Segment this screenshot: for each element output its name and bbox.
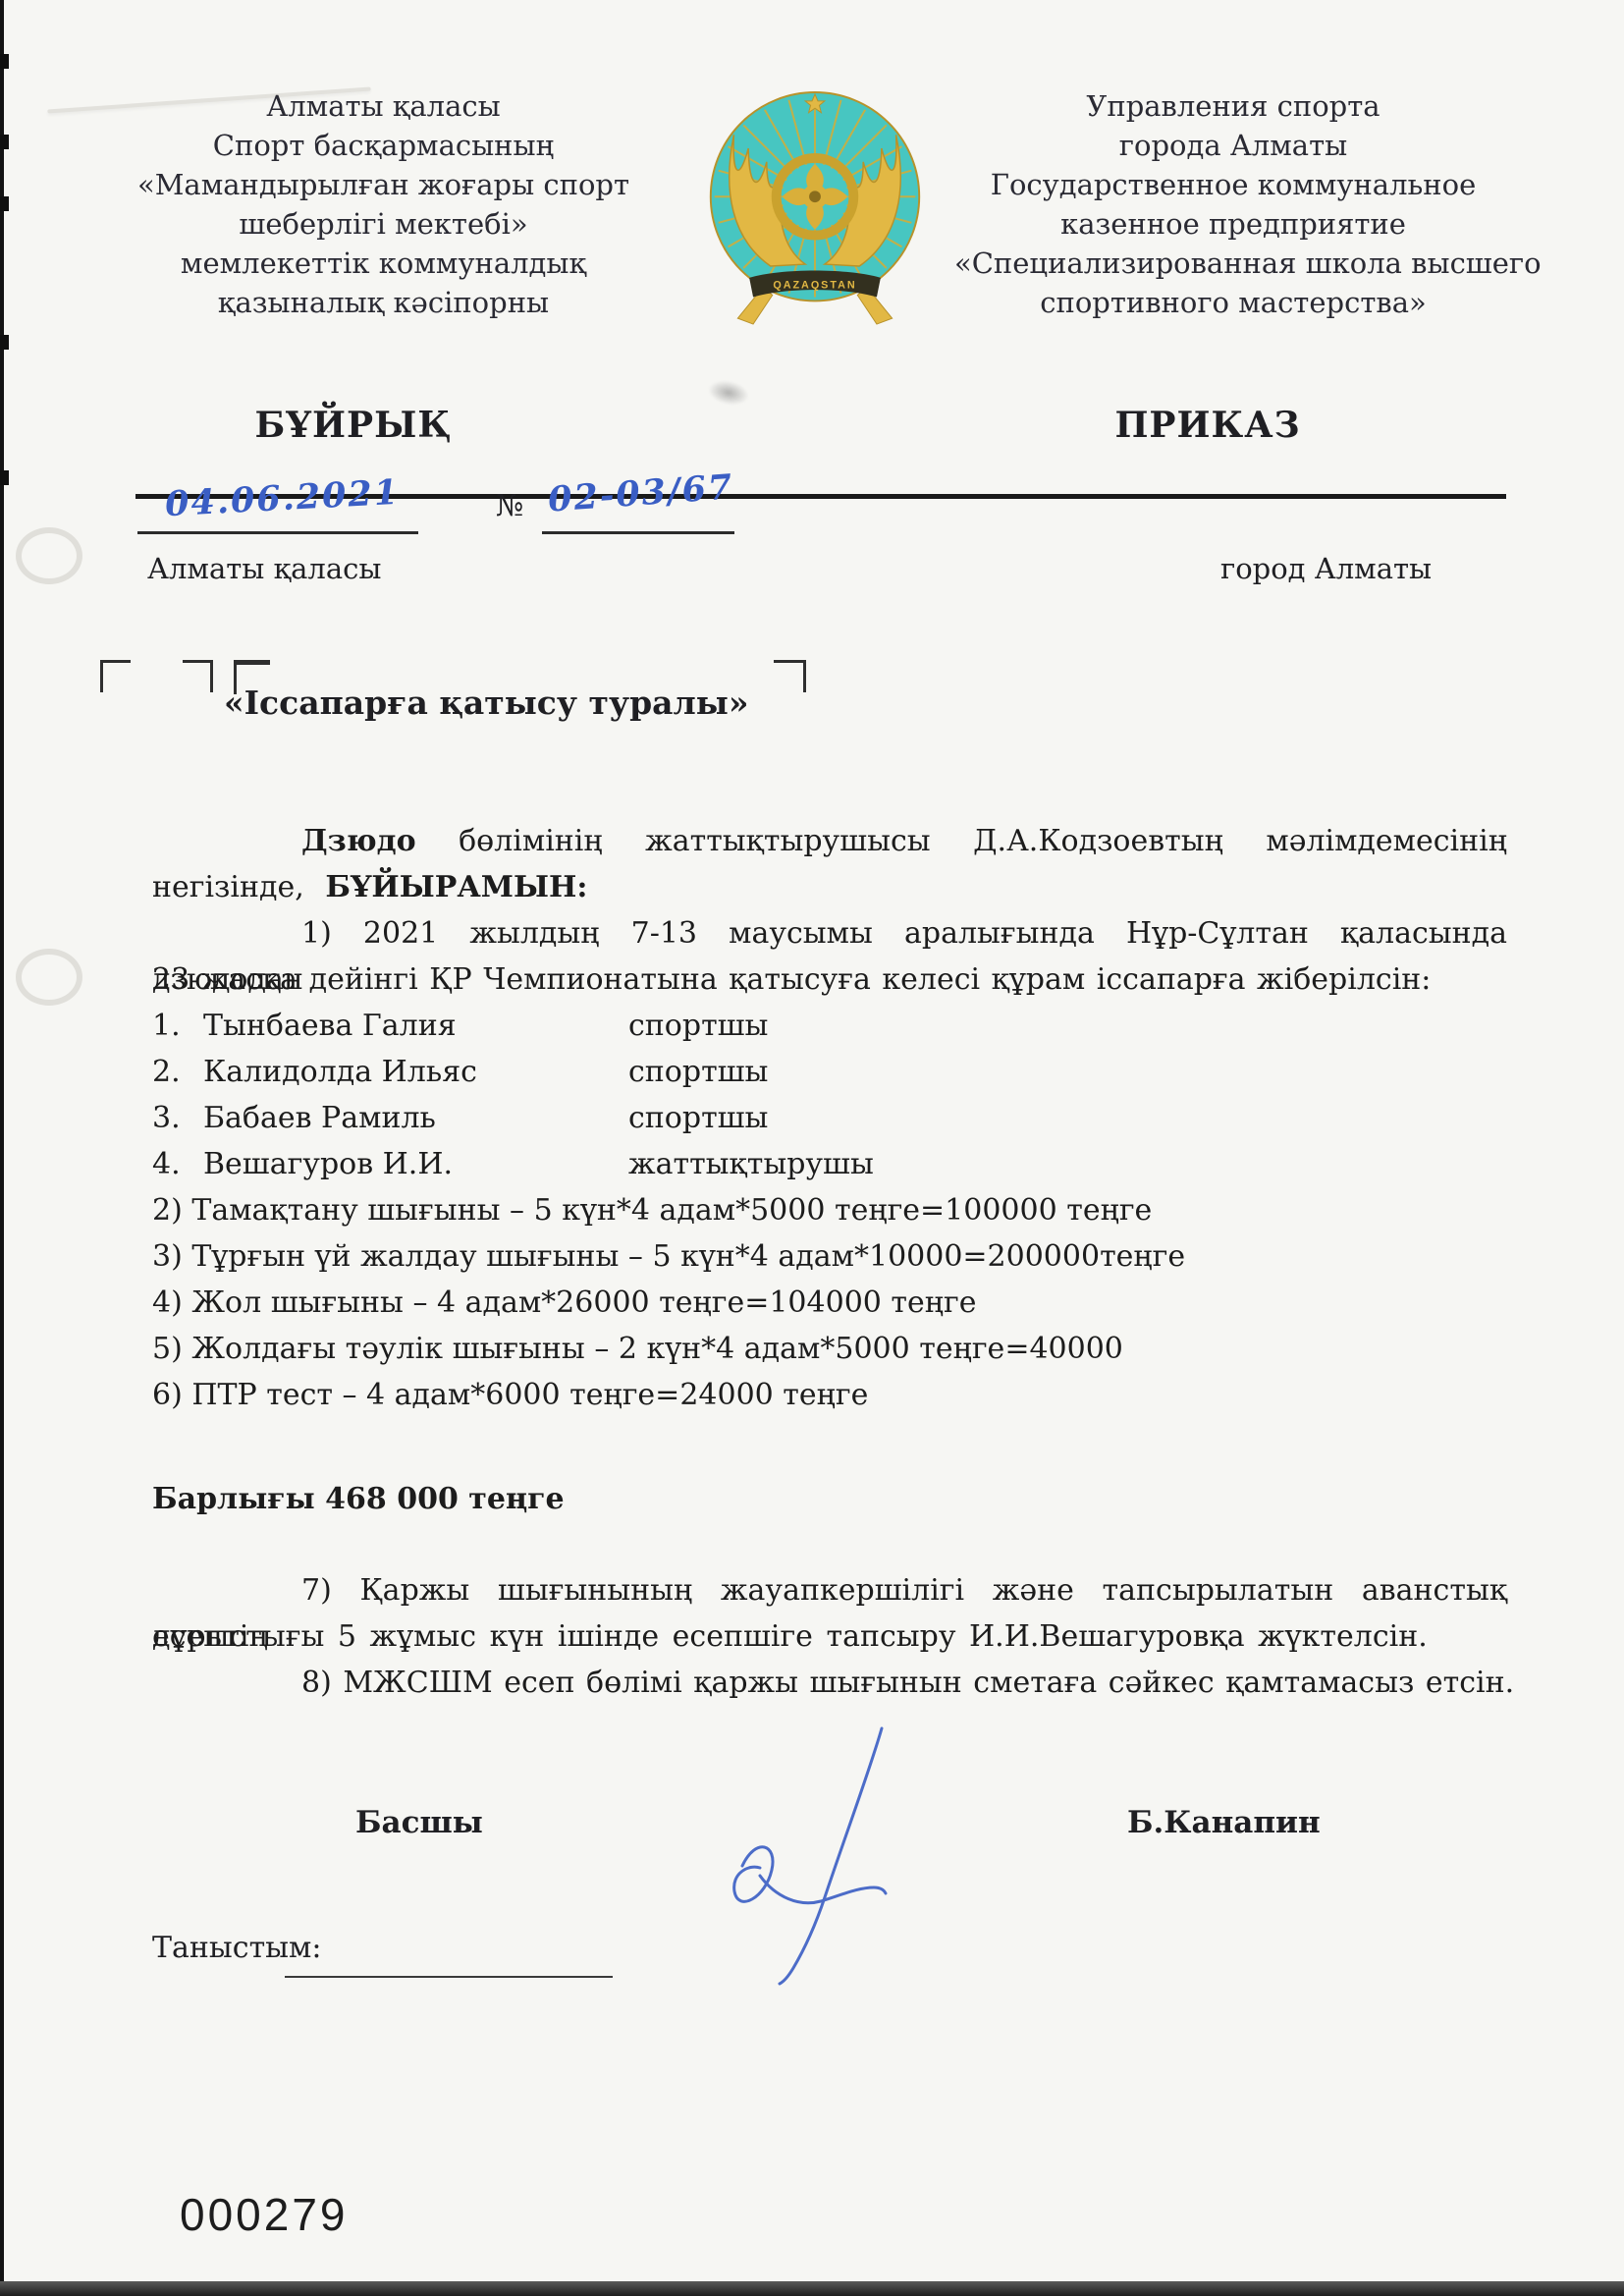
scan-edge-mark <box>0 54 9 69</box>
punch-hole-shadow <box>16 527 82 584</box>
sheet-number: 000279 <box>180 2188 349 2241</box>
intro-word: жаттықтырушысы <box>645 818 931 864</box>
document-title: «Іссапарға қатысу туралы» <box>224 683 749 722</box>
expense-line: 5) Жолдағы тәулік шығыны – 2 күн*4 адам*… <box>152 1326 1507 1372</box>
org-line: мемлекеттік коммуналдық <box>116 244 651 283</box>
roster-name: Вешагуров И.И. <box>203 1141 628 1187</box>
corner-mark <box>183 660 213 692</box>
org-line: Управления спорта <box>954 86 1512 126</box>
scan-bottom-edge <box>0 2281 1624 2296</box>
handwritten-order-number: 02-03/67 <box>547 466 735 519</box>
roster-role: спортшы <box>628 1049 768 1095</box>
order-keyword: БҰЙЫРАМЫН: <box>325 870 587 904</box>
roster-role: спортшы <box>628 1095 768 1141</box>
document-body: Дзюдо бөлімінің жаттықтырушысы Д.А.Кодзо… <box>152 818 1507 1706</box>
org-line: шеберлігі мектебі» <box>116 204 651 244</box>
punch-hole-shadow <box>16 949 82 1006</box>
intro-prefix: негізінде, <box>152 870 304 904</box>
doc-type-kazakh: БҰЙРЫҚ <box>241 405 466 446</box>
roster-row: 2. Калидолда Ильяс спортшы <box>152 1049 1507 1095</box>
expense-line: 3) Тұрғын үй жалдау шығыны – 5 күн*4 ада… <box>152 1233 1507 1280</box>
number-underline <box>542 531 734 534</box>
paragraph-8: 8) МЖСШМ есеп бөлімі қаржы шығынын смета… <box>152 1660 1507 1706</box>
org-line: Государственное коммунальное <box>954 165 1512 204</box>
roster-name: Тынбаева Галия <box>203 1003 628 1049</box>
roster-row: 3. Бабаев Рамиль спортшы <box>152 1095 1507 1141</box>
roster-number: 2. <box>152 1049 203 1095</box>
org-line: «Специализированная школа высшего <box>954 244 1512 283</box>
total-line: Барлығы 468 000 теңге <box>152 1476 1507 1522</box>
intro-word-bold: Дзюдо <box>301 818 416 864</box>
signer-position-label: Басшы <box>355 1805 483 1840</box>
org-line: «Мамандырылған жоғары спорт <box>116 165 651 204</box>
roster-number: 1. <box>152 1003 203 1049</box>
date-underline <box>137 531 418 534</box>
expense-line: 6) ПТР тест – 4 адам*6000 теңге=24000 те… <box>152 1372 1507 1418</box>
org-name-russian: Управления спорта города Алматы Государс… <box>954 86 1512 322</box>
org-line: Алматы қаласы <box>116 86 651 126</box>
signer-name: Б.Канапин <box>1127 1805 1321 1840</box>
spacer <box>152 1522 1507 1567</box>
place-kazakh: Алматы қаласы <box>147 552 381 585</box>
number-sign: № <box>496 489 523 523</box>
scan-edge-mark <box>0 135 9 149</box>
roster-number: 4. <box>152 1141 203 1187</box>
acknowledged-label: Таныстым: <box>152 1931 322 1965</box>
intro-line-justified: Дзюдо бөлімінің жаттықтырушысы Д.А.Кодзо… <box>152 818 1507 864</box>
roster-number: 3. <box>152 1095 203 1141</box>
roster-row: 4. Вешагуров И.И. жаттықтырушы <box>152 1141 1507 1187</box>
org-name-kazakh: Алматы қаласы Спорт басқармасының «Маман… <box>116 86 651 322</box>
org-line: Спорт басқармасының <box>116 126 651 165</box>
scan-edge-mark <box>0 335 9 350</box>
roster-role: спортшы <box>628 1003 768 1049</box>
intro-word: Д.А.Кодзоевтың <box>973 818 1223 864</box>
corner-mark <box>774 660 806 692</box>
intro-line-2: негізінде, БҰЙЫРАМЫН: <box>152 864 1507 910</box>
roster-name: Бабаев Рамиль <box>203 1095 628 1141</box>
corner-mark <box>100 660 131 692</box>
intro-word: бөлімінің <box>459 818 603 864</box>
kazakhstan-coat-of-arms-icon: QAZAQSTAN <box>699 86 931 334</box>
org-line: қазыналық кәсіпорны <box>116 283 651 322</box>
scanned-order-document: Алматы қаласы Спорт басқармасының «Маман… <box>0 0 1624 2296</box>
place-russian: город Алматы <box>1220 552 1432 585</box>
roster-role: жаттықтырушы <box>628 1141 874 1187</box>
scan-edge-mark <box>0 196 9 211</box>
handwritten-signature <box>677 1721 903 1986</box>
acknowledge-underline <box>285 1976 613 1978</box>
org-line: города Алматы <box>954 126 1512 165</box>
spacer <box>152 1418 1507 1476</box>
paragraph-7-line-1: 7) Қаржы шығынының жауапкершілігі және т… <box>152 1567 1507 1613</box>
emblem-country-name: QAZAQSTAN <box>773 280 856 292</box>
scan-edge-mark <box>0 470 9 485</box>
paragraph-7-line-2: дұрыстығы 5 жұмыс күн ішінде есепшіге та… <box>152 1613 1507 1660</box>
paragraph-1-line-2: 23 жасқа дейінгі ҚР Чемпионатына қатысуғ… <box>152 957 1507 1003</box>
expense-line: 2) Тамақтану шығыны – 5 күн*4 адам*5000 … <box>152 1187 1507 1233</box>
roster-name: Калидолда Ильяс <box>203 1049 628 1095</box>
paragraph-1-line-1: 1) 2021 жылдың 7-13 маусымы аралығында Н… <box>152 910 1507 957</box>
handwritten-date: 04.06.2021 <box>164 472 401 524</box>
org-line: казенное предприятие <box>954 204 1512 244</box>
intro-word: мәлімдемесінің <box>1266 818 1507 864</box>
doc-type-russian: ПРИКАЗ <box>1105 405 1311 446</box>
org-line: спортивного мастерства» <box>954 283 1512 322</box>
ink-smudge <box>696 370 761 415</box>
expense-line: 4) Жол шығыны – 4 адам*26000 теңге=10400… <box>152 1280 1507 1326</box>
roster-row: 1. Тынбаева Галия спортшы <box>152 1003 1507 1049</box>
